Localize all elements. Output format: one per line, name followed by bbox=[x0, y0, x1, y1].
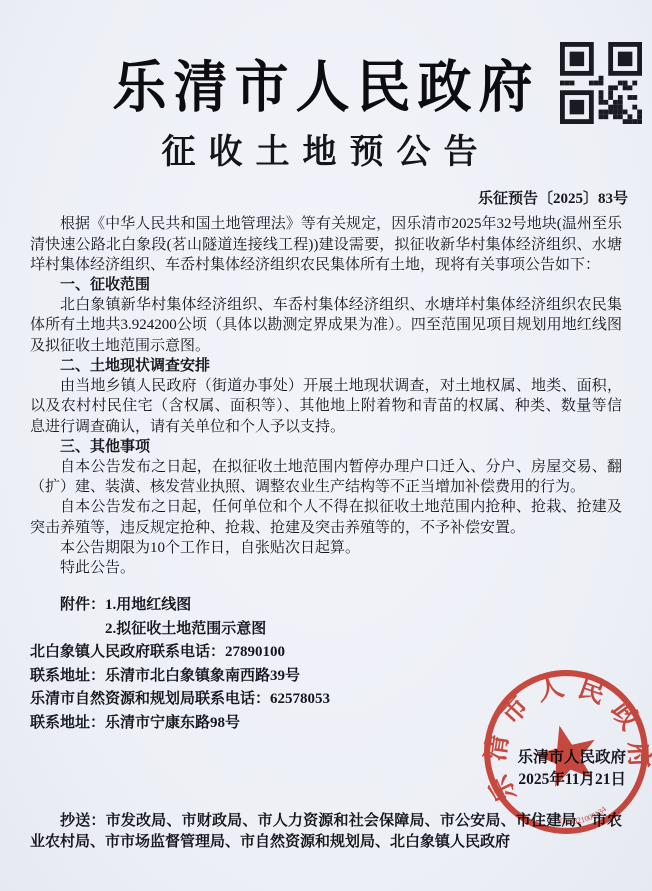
section-3-heading: 三、其他事项 bbox=[30, 437, 622, 457]
signature-issuer: 乐清市人民政府 bbox=[0, 747, 626, 769]
issuer-title: 乐清市人民政府 bbox=[30, 57, 622, 120]
section-1-paragraph: 北白象镇新华村集体经济组织、车岙村集体经济组织、水塘垟村集体经济组织农民集体所有… bbox=[30, 295, 622, 356]
attachment-item-2: 2.拟征收土地范围示意图 bbox=[30, 618, 622, 642]
contact-phone-bureau: 乐清市自然资源和规划局联系电话：62578053 bbox=[30, 688, 622, 712]
section-1-heading: 一、征收范围 bbox=[30, 275, 622, 295]
announcement-document: 乐清市人民政府 征收土地预公告 乐征预告〔2025〕83号 根据《中华人民共和国… bbox=[0, 0, 652, 891]
signature-block: 乐清市人民政府 2025年11月21日 bbox=[0, 747, 652, 791]
closing-line: 特此公告。 bbox=[30, 558, 622, 578]
attachments-label: 附件： bbox=[30, 597, 105, 613]
cc-list: 抄送：市发改局、市财政局、市人力资源和社会保障局、市公安局、市住建局、市农业农村… bbox=[0, 811, 652, 853]
contact-address-town: 联系地址：乐清市北白象镇象南西路39号 bbox=[30, 665, 622, 689]
section-3-paragraph-1: 自本公告发布之日起，在拟征收土地范围内暂停办理户口迁入、分户、房屋交易、翻（扩）… bbox=[30, 457, 622, 497]
signature-date: 2025年11月21日 bbox=[0, 769, 626, 791]
contact-phone-town: 北白象镇人民政府联系电话：27890100 bbox=[30, 641, 622, 665]
attachments-contacts-block: 附件：1.用地红线图 2.拟征收土地范围示意图 北白象镇人民政府联系电话：278… bbox=[0, 594, 652, 735]
intro-paragraph: 根据《中华人民共和国土地管理法》等有关规定，因乐清市2025年32号地块(温州至… bbox=[30, 214, 622, 275]
attachment-line-1: 附件：1.用地红线图 bbox=[30, 594, 622, 618]
announcement-body: 根据《中华人民共和国土地管理法》等有关规定，因乐清市2025年32号地块(温州至… bbox=[0, 208, 652, 578]
attachment-item-1: 1.用地红线图 bbox=[105, 597, 191, 613]
document-number: 乐征预告〔2025〕83号 bbox=[0, 187, 652, 208]
contact-address-bureau: 联系地址：乐清市宁康东路98号 bbox=[30, 712, 622, 736]
notice-period-line: 本公告期限为10个工作日，自张贴次日起算。 bbox=[30, 538, 622, 558]
section-2-paragraph: 由当地乡镇人民政府（街道办事处）开展土地现状调查，对土地权属、地类、面积，以及农… bbox=[30, 376, 622, 437]
section-2-heading: 二、土地现状调查安排 bbox=[30, 356, 622, 376]
page-title: 征收土地预公告 bbox=[0, 124, 652, 173]
section-3-paragraph-2: 自本公告发布之日起，任何单位和个人不得在拟征收土地范围内抢种、抢栽、抢建及突击养… bbox=[30, 497, 622, 537]
